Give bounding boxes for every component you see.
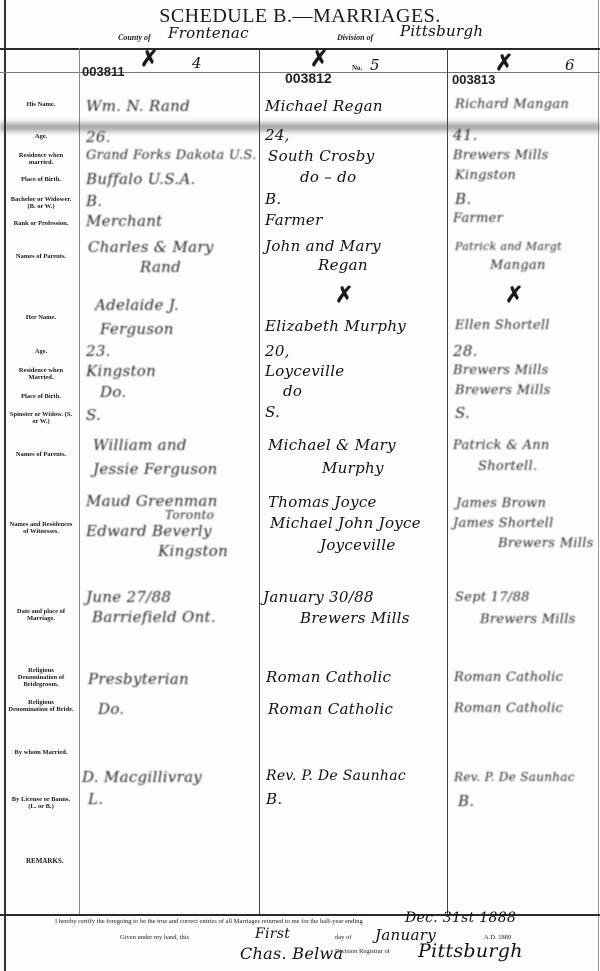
entry3-bachelor-widower: B.	[455, 190, 471, 208]
entry2-spinster-widow: S.	[265, 403, 280, 421]
entry3-his-age: 41.	[453, 126, 478, 144]
entry3-her-birthplace: Brewers Mills	[455, 383, 551, 398]
entry3-number: 6	[565, 56, 575, 74]
entry2-religion-groom: Roman Catholic	[266, 668, 391, 686]
entry2-number: 5	[370, 56, 380, 74]
entry1-rank: Merchant	[86, 212, 163, 230]
entry1-his-age: 26.	[86, 128, 111, 146]
entry3-her-parents-2: Shortell.	[478, 459, 537, 474]
entry2-her-birthplace: do	[283, 382, 302, 400]
entry1-reg-number: 003811	[82, 64, 125, 79]
page-title: SCHEDULE B.—MARRIAGES.	[0, 5, 600, 28]
entry3-check-mark: ✗	[495, 50, 513, 76]
label-by-whom: By whom Married.	[8, 749, 74, 756]
entry2-her-parents-1: Michael & Mary	[268, 436, 396, 454]
entry1-officiant: D. Macgillivray	[82, 768, 202, 786]
entry3-her-name-1: Ellen Shortell	[455, 318, 550, 333]
entry1-license-banns: L.	[88, 790, 103, 808]
entry3-her-age: 28.	[453, 342, 478, 360]
label-his-birthplace: Place of Birth.	[8, 176, 74, 183]
entry3-his-residence: Brewers Mills	[453, 148, 549, 163]
entry2-religion-bride: Roman Catholic	[268, 700, 393, 718]
county-value: Frontenac	[168, 24, 249, 42]
entry2-marriage-place: Brewers Mills	[300, 609, 410, 627]
label-witnesses: Names and Residences of Witnesses.	[8, 521, 74, 535]
entry2-bride-check-mark: ✗	[335, 282, 353, 308]
entry3-his-birthplace: Kingston	[455, 168, 516, 183]
entry3-license-banns: B.	[458, 792, 474, 810]
entry1-her-birthplace: Do.	[100, 383, 126, 401]
entry1-column-divider	[259, 48, 260, 914]
label-her-parents: Names of Parents.	[8, 451, 74, 458]
entry2-witness-1: Thomas Joyce	[268, 493, 377, 511]
entry2-his-parents-1: John and Mary	[265, 237, 381, 255]
division-value: Pittsburgh	[400, 22, 483, 40]
entry3-witness-1: James Brown	[456, 496, 546, 511]
entry2-reg-number: 003812	[285, 70, 332, 86]
entry1-witness-2-residence: Kingston	[158, 542, 228, 560]
entry3-marriage-date: Sept 17/88	[455, 590, 530, 605]
certify-text: I hereby certify the foregoing to be the…	[55, 918, 363, 925]
entry1-his-name: Wm. N. Rand	[86, 97, 190, 115]
entry1-her-parents-1: William and	[93, 436, 187, 454]
entry3-witness-2-residence: Brewers Mills	[498, 536, 594, 551]
entry2-bachelor-widower: B.	[265, 190, 281, 208]
label-date-place: Date and place of Marriage.	[8, 608, 74, 622]
entry2-her-residence: Loyceville	[265, 362, 345, 380]
entry2-witness-2-residence: Joyceville	[320, 536, 396, 554]
entry2-his-age: 24,	[265, 126, 290, 144]
entry1-his-parents-2: Rand	[140, 258, 181, 276]
left-border	[4, 0, 6, 971]
entry1-religion-bride: Do.	[98, 700, 124, 718]
entry1-his-residence: Grand Forks Dakota U.S.	[86, 148, 257, 163]
right-border	[598, 0, 599, 971]
label-spinster-widow: Spinster or Widow. (S. or W.)	[8, 411, 74, 425]
entry1-his-birthplace: Buffalo U.S.A.	[86, 170, 196, 188]
entry1-her-name-1: Adelaide J.	[95, 296, 179, 314]
given-text: Given under my hand, this	[120, 934, 189, 941]
division-label: Division of	[337, 33, 373, 42]
entry3-her-parents-1: Patrick & Ann	[453, 438, 550, 453]
half-year-ending-value: Dec. 31st 1888	[405, 910, 516, 926]
entry2-witness-2: Michael John Joyce	[270, 514, 421, 532]
entry3-rank: Farmer	[453, 211, 503, 226]
entry3-religion-bride: Roman Catholic	[454, 701, 563, 716]
entry2-license-banns: B.	[266, 790, 282, 808]
label-his-residence: Residence when married.	[8, 152, 74, 166]
entry2-marriage-date: January 30/88	[263, 588, 374, 606]
entry1-religion-groom: Presbyterian	[88, 670, 189, 688]
entry2-her-age: 20,	[265, 342, 290, 360]
label-license-banns: By License or Banns. (L. or B.)	[8, 796, 74, 810]
label-her-birthplace: Place of Birth.	[8, 393, 74, 400]
label-religion-groom: Religious Denomination of Bridegroom.	[8, 667, 74, 688]
entry2-rank: Farmer	[265, 211, 323, 229]
entry1-her-parents-2: Jessie Ferguson	[93, 460, 218, 478]
entry3-his-parents-1: Patrick and Margt	[455, 240, 562, 253]
entry2-column-divider	[447, 48, 448, 914]
entry3-officiant: Rev. P. De Saunhac	[454, 770, 575, 784]
entry3-his-name: Richard Mangan	[455, 97, 569, 112]
entry2-his-parents-2: Regan	[318, 256, 368, 274]
entry2-her-name-1: Elizabeth Murphy	[265, 317, 406, 335]
entry3-her-residence: Brewers Mills	[453, 363, 549, 378]
day-of-label: day of	[335, 934, 351, 941]
entry1-number: 4	[192, 54, 202, 72]
entry1-witness-1-residence: Toronto	[165, 508, 214, 522]
entry1-her-residence: Kingston	[86, 362, 156, 380]
label-his-name: His Name.	[8, 101, 74, 108]
registrar-division-value: Pittsburgh	[418, 940, 523, 962]
day-value: First	[255, 926, 290, 942]
entry1-check-mark: ✗	[140, 46, 158, 72]
label-her-name: Her Name.	[8, 314, 74, 321]
label-remarks: REMARKS.	[26, 857, 64, 865]
county-label: County of	[118, 33, 151, 42]
entry3-reg-number: 003813	[452, 72, 495, 87]
entry3-witness-2: James Shortell	[453, 516, 554, 531]
registrar-label: Division Registrar of	[335, 948, 390, 955]
registrar-signature: Chas. Belwa	[240, 944, 343, 963]
entry1-witness-2: Edward Beverly	[86, 522, 212, 540]
entry2-his-residence: South Crosby	[268, 147, 374, 165]
entry2-his-name: Michael Regan	[265, 97, 383, 115]
label-his-age: Age.	[8, 133, 74, 140]
entry1-his-parents-1: Charles & Mary	[88, 238, 214, 256]
label-her-age: Age.	[8, 348, 74, 355]
entry1-spinster-widow: S.	[86, 406, 101, 424]
entry1-her-name-2: Ferguson	[100, 320, 174, 338]
label-bachelor-widower: Bachelor or Widower. (B. or W.)	[8, 196, 74, 210]
entry2-no-label: No.	[352, 64, 362, 72]
entry2-check-mark: ✗	[310, 46, 328, 72]
label-her-residence: Residence when Married.	[8, 367, 74, 381]
label-his-parents: Names of Parents.	[8, 253, 74, 260]
entry3-religion-groom: Roman Catholic	[454, 670, 563, 685]
entry2-officiant: Rev. P. De Saunhac	[266, 768, 406, 784]
entry1-marriage-date: June 27/88	[86, 588, 171, 606]
entry3-marriage-place: Brewers Mills	[480, 612, 576, 627]
entry1-her-age: 23.	[86, 342, 111, 360]
entry3-bride-check-mark: ✗	[505, 282, 523, 308]
entry2-her-parents-2: Murphy	[322, 459, 384, 477]
label-religion-bride: Religious Denomination of Bride.	[8, 699, 74, 713]
entry1-bachelor-widower: B.	[86, 192, 102, 210]
entry1-marriage-place: Barriefield Ont.	[92, 608, 216, 626]
entry2-his-birthplace: do – do	[300, 168, 356, 186]
entry3-spinster-widow: S.	[455, 404, 470, 422]
label-column-divider	[79, 48, 80, 914]
label-rank: Rank or Profession.	[8, 220, 74, 227]
entry3-his-parents-2: Mangan	[490, 258, 546, 273]
marriage-register-page: SCHEDULE B.—MARRIAGES. County of Fronten…	[0, 0, 600, 971]
